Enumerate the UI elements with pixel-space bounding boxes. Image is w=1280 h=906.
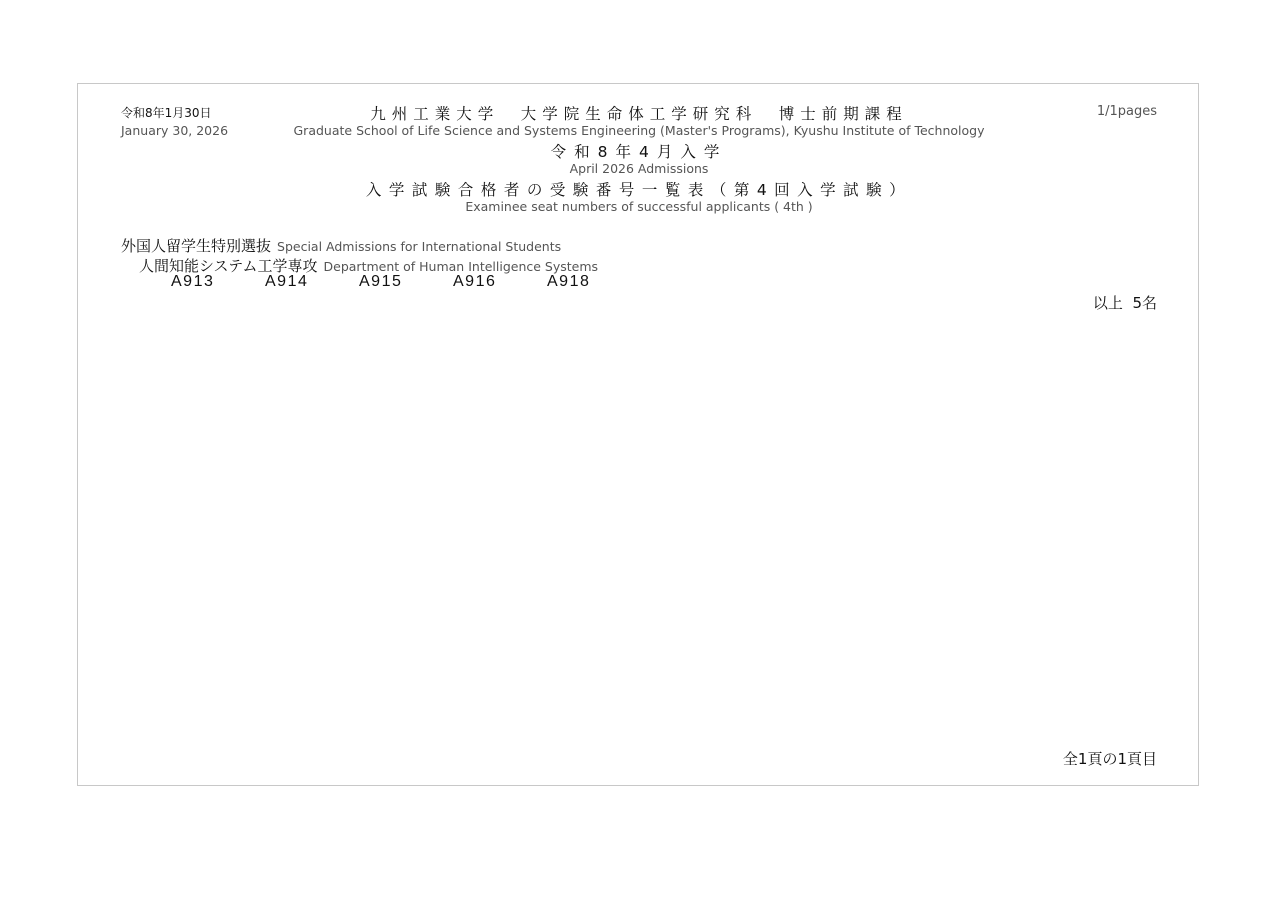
list-title-jp: 入学試験合格者の受験番号一覧表（第4回入学試験） — [78, 178, 1200, 200]
admission-term-en: April 2026 Admissions — [78, 161, 1200, 176]
page-footer: 全1頁の1頁目 — [1063, 748, 1157, 769]
category-label-jp: 外国人留学生特別選抜 — [121, 237, 271, 255]
school-title-en: Graduate School of Life Science and Syst… — [78, 123, 1200, 138]
admission-category: 外国人留学生特別選抜Special Admissions for Interna… — [121, 235, 561, 256]
list-title-en: Examinee seat numbers of successful appl… — [78, 199, 1200, 214]
school-title-jp: 九州工業大学 大学院生命体工学研究科 博士前期課程 — [78, 102, 1200, 124]
seat-number-list: A913 A914 A915 A916 A918 — [171, 273, 641, 291]
department-label-en: Department of Human Intelligence Systems — [324, 259, 599, 274]
seat-number: A918 — [547, 273, 641, 291]
seat-number: A914 — [265, 273, 359, 291]
category-label-en: Special Admissions for International Stu… — [277, 239, 561, 254]
seat-number: A916 — [453, 273, 547, 291]
document-page: 令和8年1月30日 January 30, 2026 1/1pages 九州工業… — [77, 83, 1199, 786]
seat-number: A915 — [359, 273, 453, 291]
admission-term-jp: 令和8年4月入学 — [78, 140, 1200, 162]
total-count: 以上 5名 — [1093, 292, 1157, 313]
seat-number: A913 — [171, 273, 265, 291]
